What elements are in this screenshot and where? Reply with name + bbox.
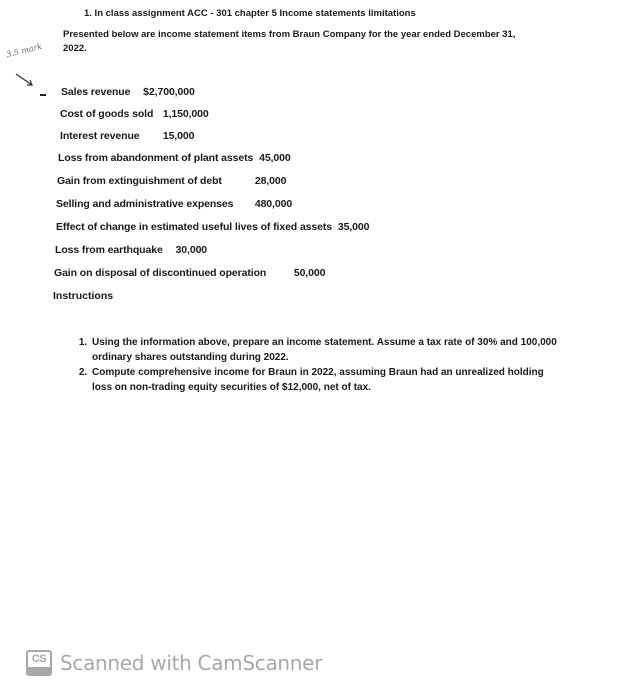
instructions-heading: Instructions [53, 290, 113, 302]
item-value: 35,000 [338, 221, 370, 233]
item-value: 50,000 [294, 267, 326, 279]
camscanner-logo-icon: CS [26, 650, 52, 676]
item-label: Loss from abandonment of plant assets [58, 152, 253, 164]
assignment-heading: 1. In class assignment ACC - 301 chapter… [84, 8, 416, 19]
task-list: Using the information above, prepare an … [72, 335, 560, 395]
item-label: Effect of change in estimated useful liv… [56, 221, 332, 233]
intro-paragraph: Presented below are income statement ite… [63, 28, 533, 56]
task-item: Using the information above, prepare an … [90, 335, 560, 365]
item-value: 30,000 [176, 244, 208, 256]
item-interest-revenue: Interest revenue 15,000 [60, 130, 194, 142]
item-value: 1,150,000 [163, 108, 209, 120]
handwritten-note: 3.5 mark [5, 42, 42, 60]
watermark-text: Scanned with CamScanner [60, 651, 322, 675]
item-gain-extinguishment: Gain from extinguishment of debt 28,000 [57, 175, 286, 187]
item-label: Interest revenue [60, 130, 160, 142]
item-value: 45,000 [259, 152, 291, 164]
item-label: Loss from earthquake [55, 244, 163, 256]
item-loss-abandonment: Loss from abandonment of plant assets 45… [58, 152, 291, 164]
item-sales-revenue: Sales revenue $2,700,000 [61, 86, 195, 98]
item-value: $2,700,000 [143, 86, 195, 98]
handwritten-arrow-icon [14, 72, 36, 88]
item-gain-disposal-discontinued: Gain on disposal of discontinued operati… [54, 267, 325, 279]
camscanner-watermark: CS Scanned with CamScanner [26, 650, 322, 676]
item-value: 480,000 [255, 198, 292, 210]
item-cost-of-goods-sold: Cost of goods sold 1,150,000 [60, 108, 209, 120]
item-value: 15,000 [163, 130, 195, 142]
item-label: Cost of goods sold [60, 108, 160, 120]
item-effect-change-useful-lives: Effect of change in estimated useful liv… [56, 221, 369, 233]
item-loss-earthquake: Loss from earthquake 30,000 [55, 244, 207, 256]
margin-dash [40, 94, 46, 96]
task-item: Compute comprehensive income for Braun i… [90, 365, 560, 395]
item-selling-admin: Selling and administrative expenses 480,… [56, 198, 292, 210]
item-label: Gain on disposal of discontinued operati… [54, 267, 291, 279]
item-value: 28,000 [255, 175, 287, 187]
item-label: Sales revenue [61, 86, 130, 98]
item-label: Selling and administrative expenses [56, 198, 252, 210]
item-label: Gain from extinguishment of debt [57, 175, 252, 187]
